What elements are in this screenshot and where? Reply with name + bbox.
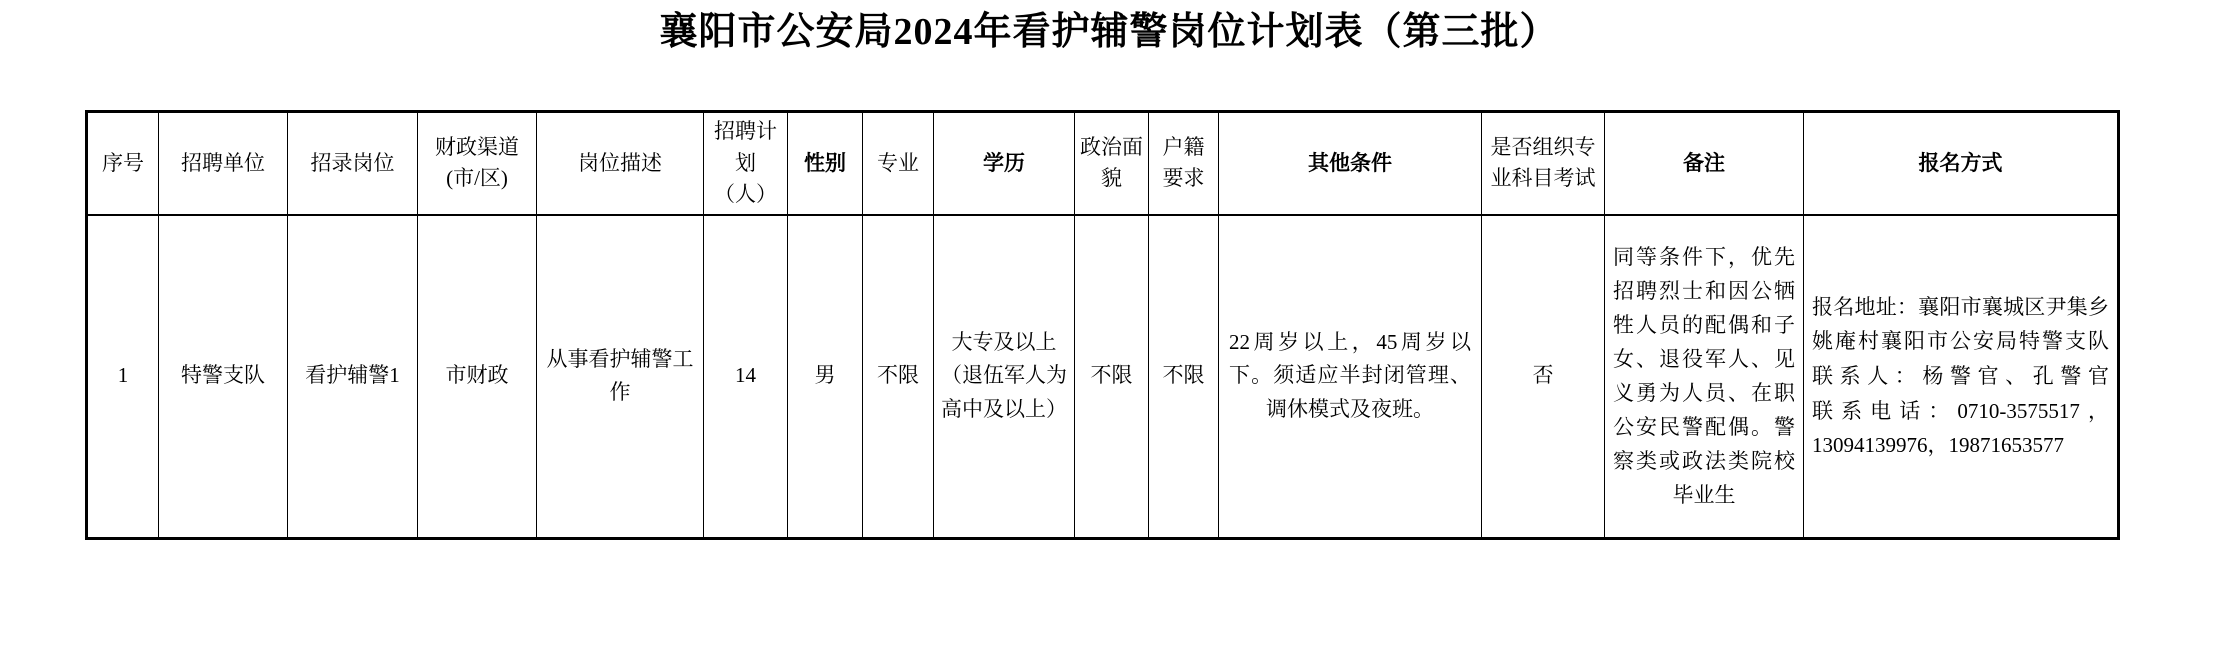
col-header-remarks: 备注 bbox=[1605, 112, 1804, 215]
col-header-plan-count: 招聘计划（人） bbox=[704, 112, 788, 215]
cell-unit: 特警支队 bbox=[159, 215, 288, 539]
col-header-finance-channel: 财政渠道(市/区) bbox=[418, 112, 537, 215]
cell-gender: 男 bbox=[788, 215, 863, 539]
cell-education: 大专及以上（退伍军人为高中及以上） bbox=[934, 215, 1075, 539]
page-title: 襄阳市公安局2024年看护辅警岗位计划表（第三批） bbox=[0, 8, 2218, 57]
col-header-political-status: 政治面貌 bbox=[1075, 112, 1149, 215]
cell-seq: 1 bbox=[87, 215, 159, 539]
col-header-position: 招录岗位 bbox=[288, 112, 418, 215]
cell-major: 不限 bbox=[863, 215, 934, 539]
col-header-household: 户籍要求 bbox=[1149, 112, 1219, 215]
document-page: { "title": "襄阳市公安局2024年看护辅警岗位计划表（第三批）", … bbox=[0, 0, 2218, 654]
cell-professional-exam: 否 bbox=[1482, 215, 1605, 539]
col-header-professional-exam: 是否组织专业科目考试 bbox=[1482, 112, 1605, 215]
cell-household: 不限 bbox=[1149, 215, 1219, 539]
col-header-job-description: 岗位描述 bbox=[537, 112, 704, 215]
cell-other-conditions: 22周岁以上，45周岁以下。须适应半封闭管理、调休模式及夜班。 bbox=[1219, 215, 1482, 539]
cell-plan-count: 14 bbox=[704, 215, 788, 539]
col-header-education: 学历 bbox=[934, 112, 1075, 215]
col-header-seq: 序号 bbox=[87, 112, 159, 215]
header-row: 序号 招聘单位 招录岗位 财政渠道(市/区) 岗位描述 招聘计划（人） 性别 专… bbox=[87, 112, 2119, 215]
col-header-registration: 报名方式 bbox=[1804, 112, 2119, 215]
recruitment-plan-table: 序号 招聘单位 招录岗位 财政渠道(市/区) 岗位描述 招聘计划（人） 性别 专… bbox=[85, 110, 2120, 540]
col-header-gender: 性别 bbox=[788, 112, 863, 215]
table-row: 1 特警支队 看护辅警1 市财政 从事看护辅警工作 14 男 不限 大专及以上（… bbox=[87, 215, 2119, 539]
col-header-major: 专业 bbox=[863, 112, 934, 215]
cell-remarks: 同等条件下，优先招聘烈士和因公牺牲人员的配偶和子女、退役军人、见义勇为人员、在职… bbox=[1605, 215, 1804, 539]
col-header-other-conditions: 其他条件 bbox=[1219, 112, 1482, 215]
cell-finance-channel: 市财政 bbox=[418, 215, 537, 539]
cell-position: 看护辅警1 bbox=[288, 215, 418, 539]
cell-political-status: 不限 bbox=[1075, 215, 1149, 539]
col-header-unit: 招聘单位 bbox=[159, 112, 288, 215]
cell-registration: 报名地址：襄阳市襄城区尹集乡姚庵村襄阳市公安局特警支队 联系人：杨警官、孔警官 … bbox=[1804, 215, 2119, 539]
cell-job-description: 从事看护辅警工作 bbox=[537, 215, 704, 539]
